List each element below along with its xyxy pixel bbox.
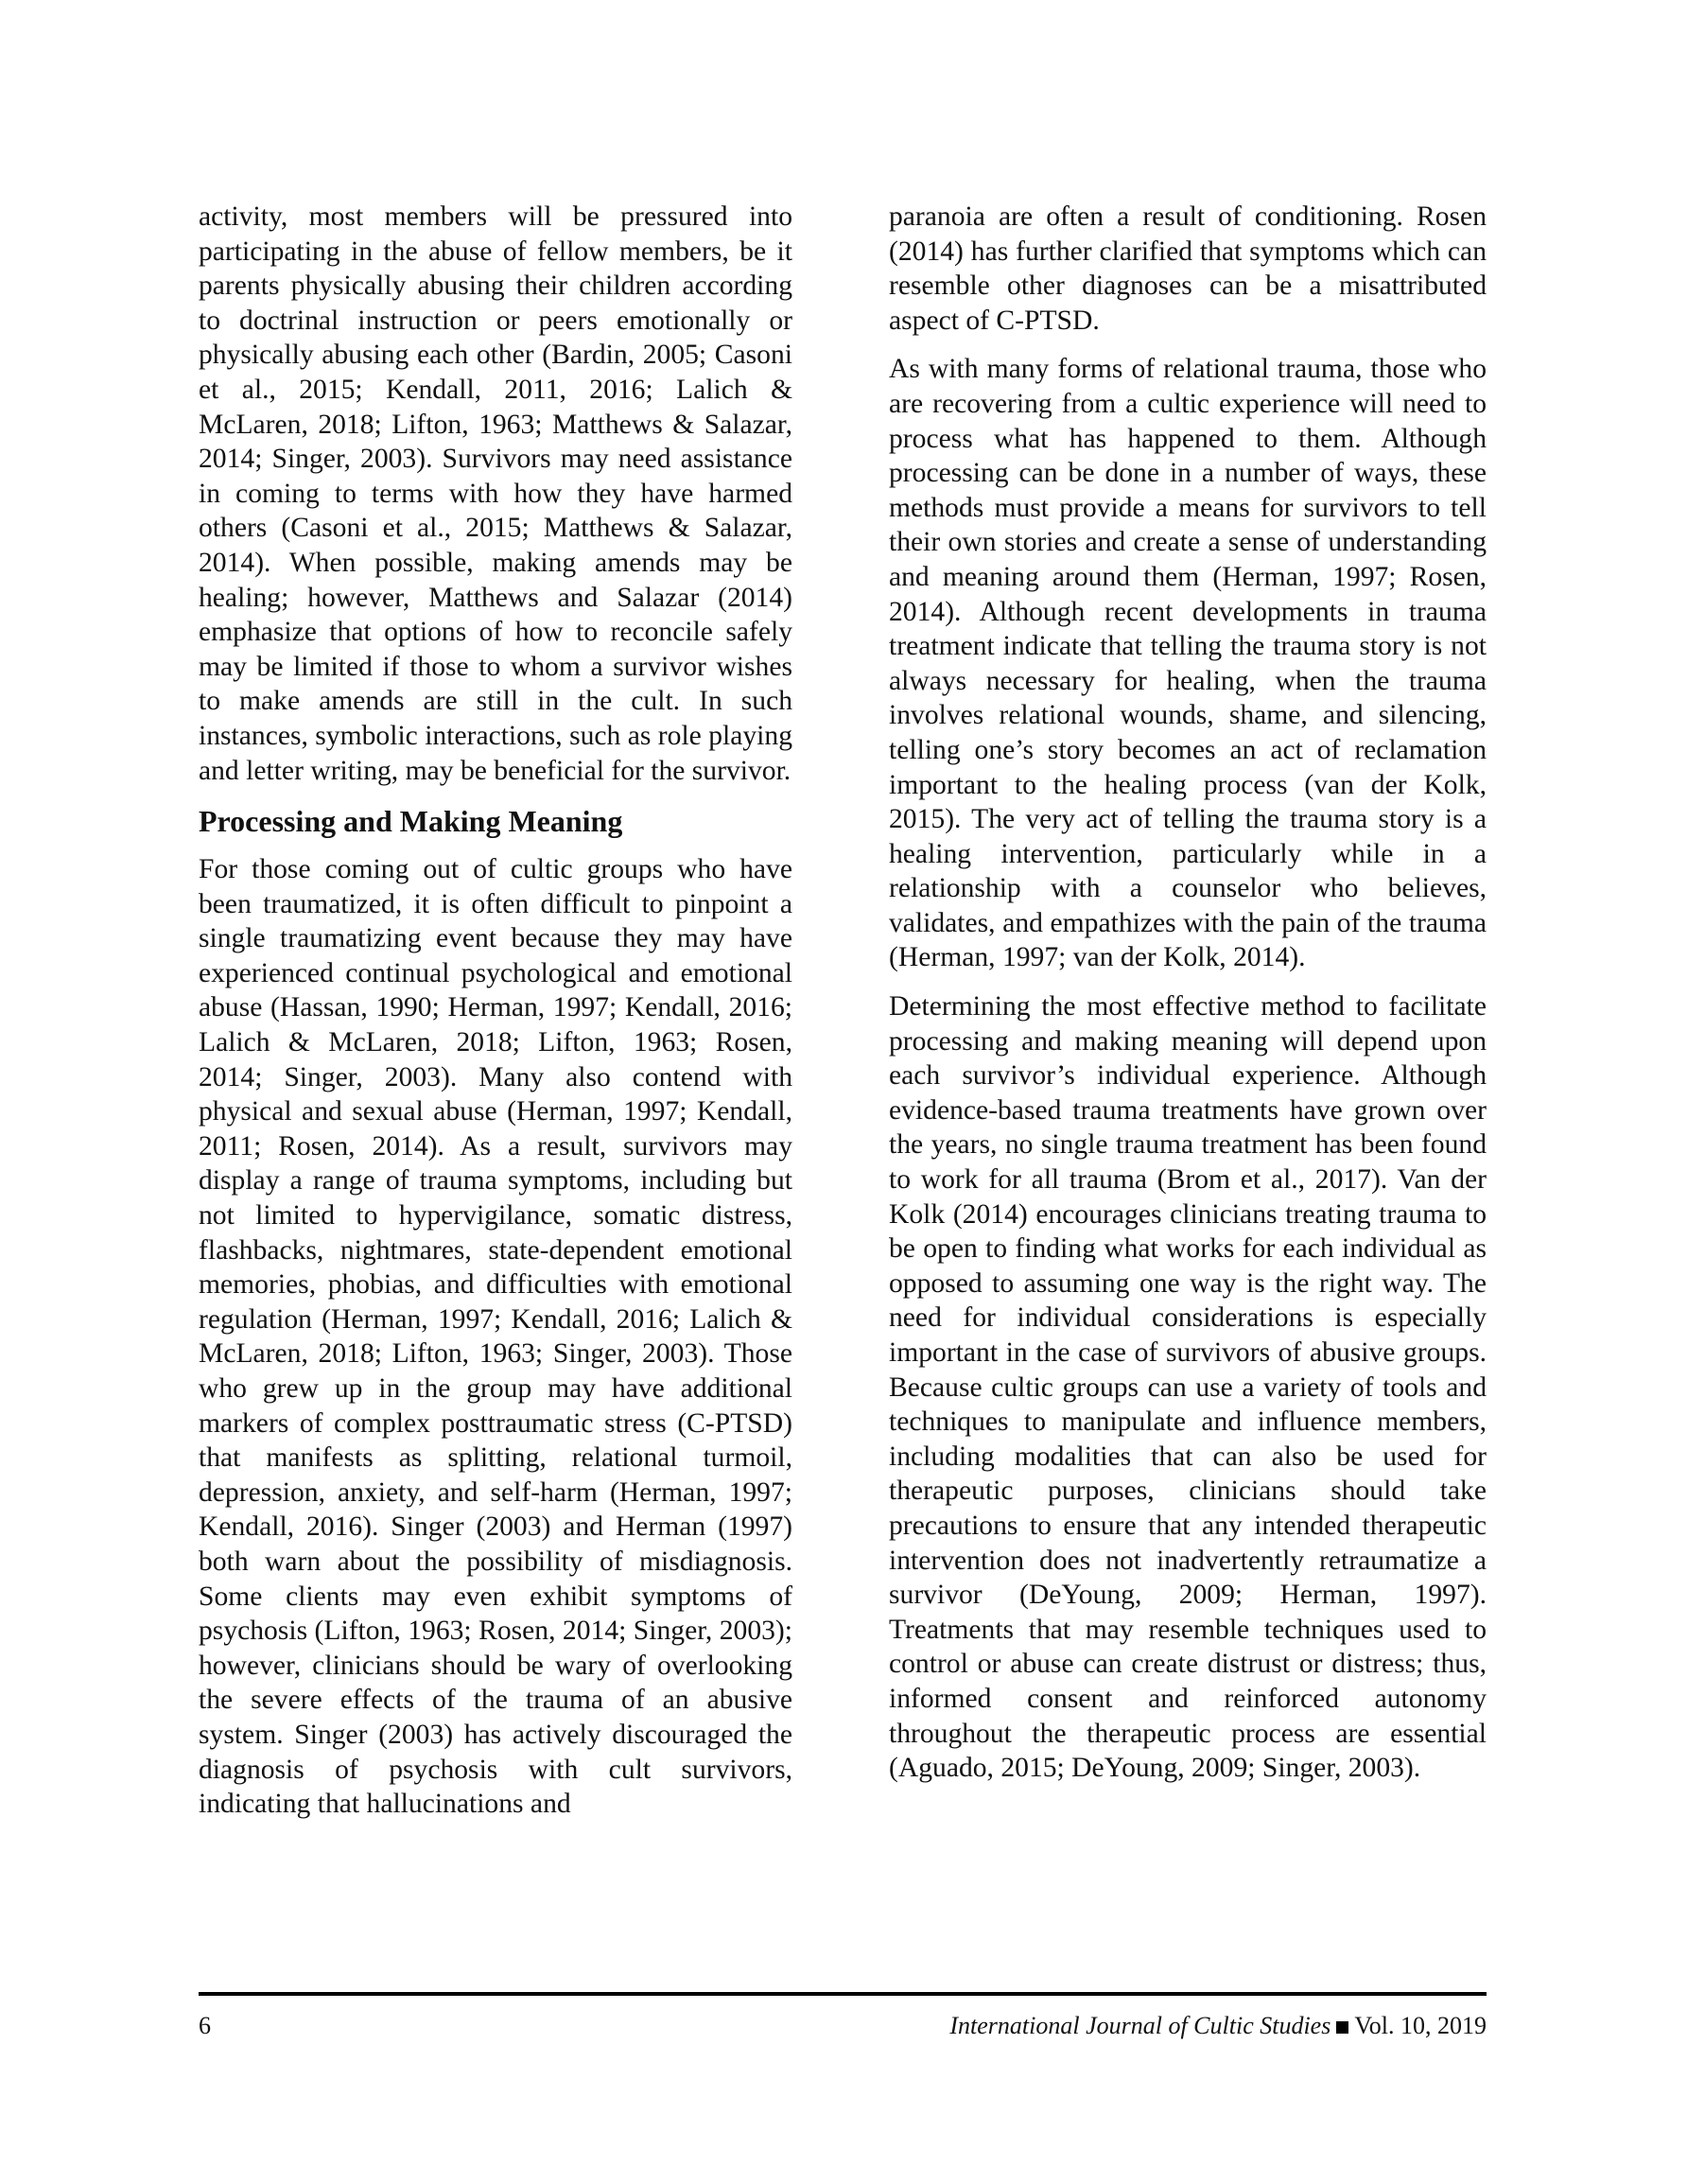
body-paragraph: Determining the most effective method to… (889, 989, 1487, 1786)
black-square-icon (1336, 2021, 1348, 2034)
body-paragraph: activity, most members will be pressured… (199, 200, 792, 788)
body-paragraph: paranoia are often a result of condition… (889, 200, 1487, 338)
document-page: activity, most members will be pressured… (0, 0, 1687, 2184)
page-number: 6 (199, 2011, 211, 2041)
body-paragraph: As with many forms of relational trauma,… (889, 352, 1487, 975)
left-column: activity, most members will be pressured… (199, 200, 792, 1836)
journal-citation: International Journal of Cultic StudiesV… (949, 2011, 1487, 2041)
journal-volume: Vol. 10, 2019 (1354, 2012, 1487, 2039)
right-column: paranoia are often a result of condition… (889, 200, 1487, 1800)
body-paragraph: For those coming out of cultic groups wh… (199, 852, 792, 1822)
section-heading: Processing and Making Meaning (199, 802, 792, 840)
journal-name: International Journal of Cultic Studies (949, 2012, 1330, 2039)
footer-divider (199, 1992, 1487, 1996)
